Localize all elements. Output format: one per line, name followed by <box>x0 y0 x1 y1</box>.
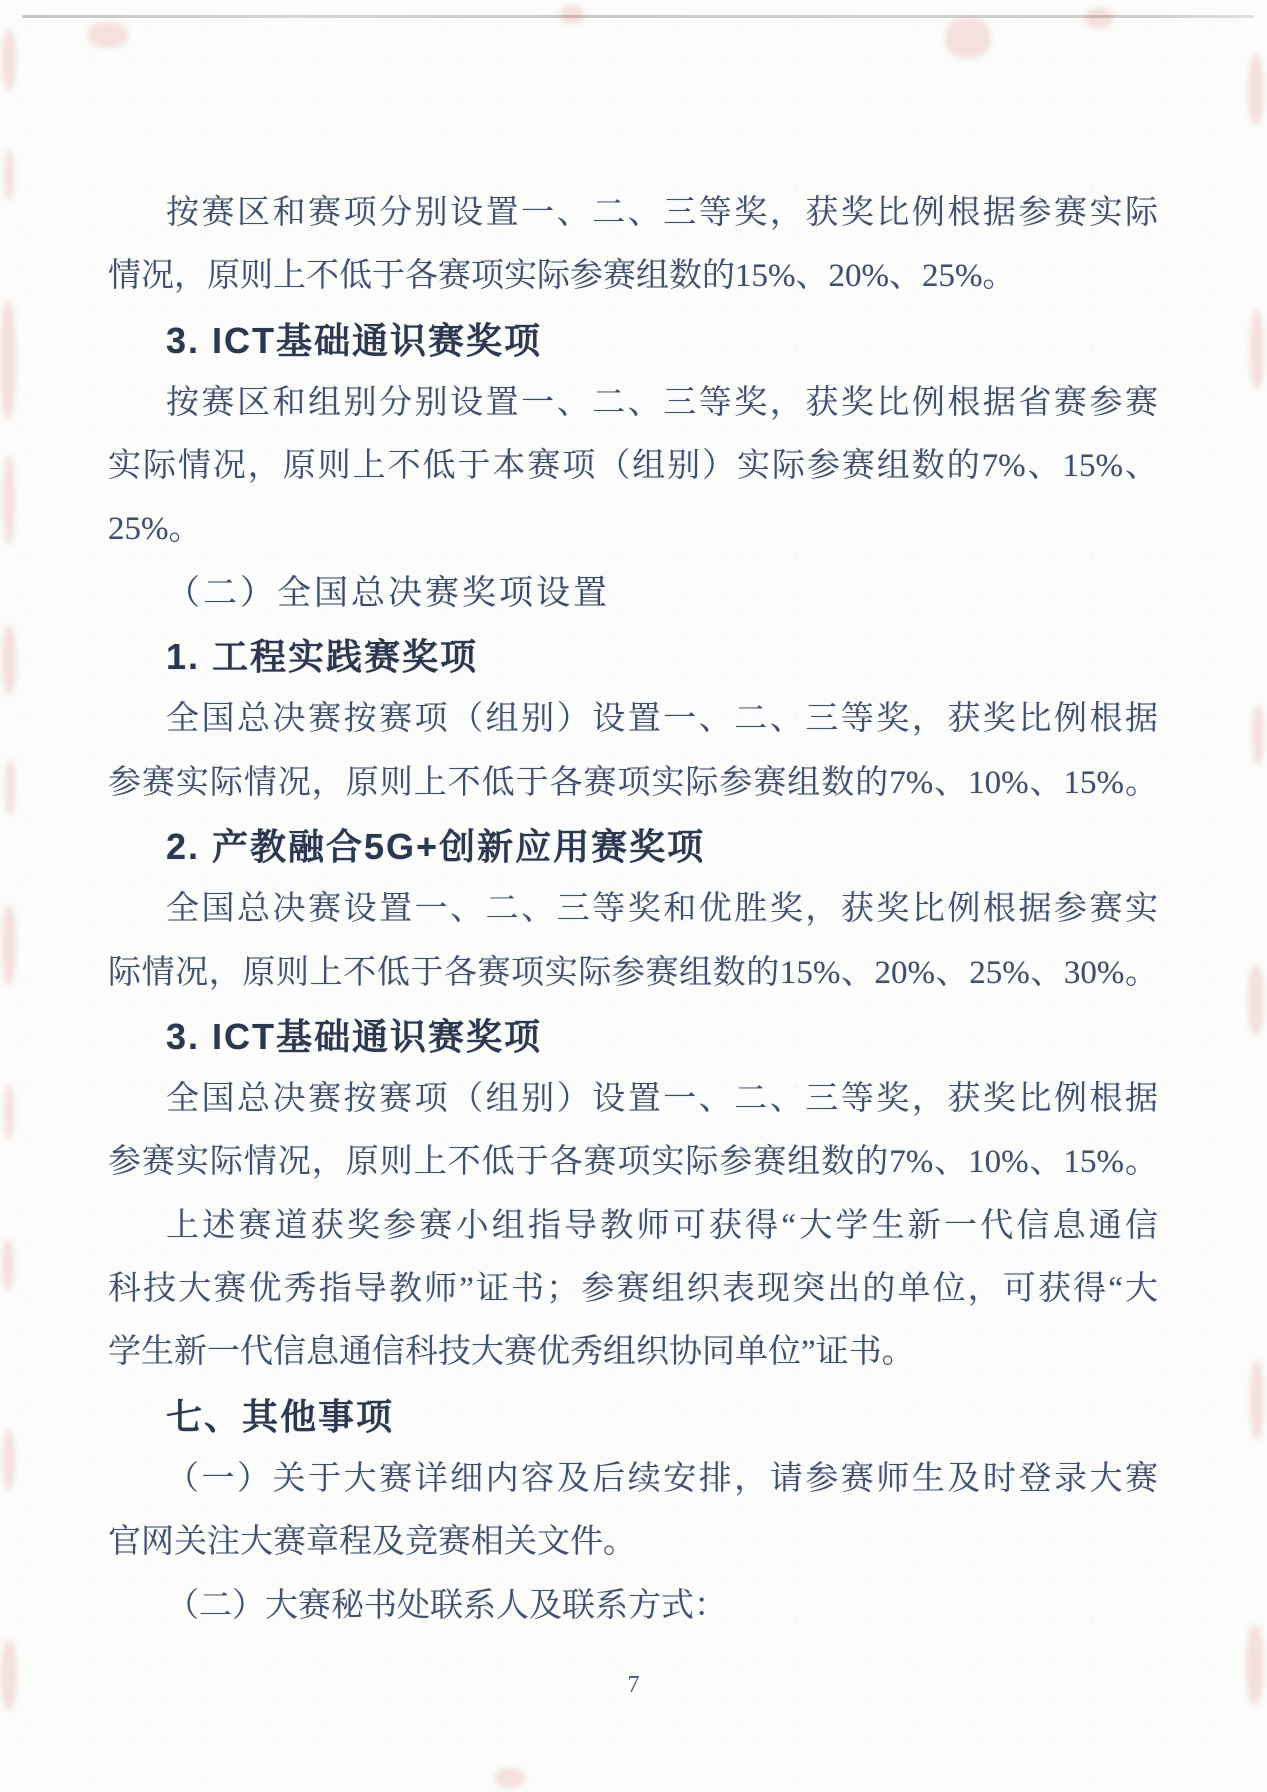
document-line: 2. 产教融合5G+创新应用赛奖项 <box>108 815 1158 878</box>
document-line: （一）关于大赛详细内容及后续安排，请参赛师生及时登录大赛 <box>108 1448 1158 1511</box>
document-line: 七、其他事项 <box>108 1385 1158 1448</box>
document-line: 情况，原则上不低于各赛项实际参赛组数的15%、20%、25%。 <box>108 245 1158 308</box>
document-body: 按赛区和赛项分别设置一、二、三等奖，获奖比例根据参赛实际情况，原则上不低于各赛项… <box>108 182 1158 1638</box>
document-line: （二）大赛秘书处联系人及联系方式： <box>108 1575 1158 1638</box>
document-line: 参赛实际情况，原则上不低于各赛项实际参赛组数的7%、10%、15%。 <box>108 1131 1158 1194</box>
document-line: 际情况，原则上不低于各赛项实际参赛组数的15%、20%、25%、30%。 <box>108 942 1158 1005</box>
scan-artifact <box>0 300 16 420</box>
document-line: 官网关注大赛章程及竞赛相关文件。 <box>108 1511 1158 1574</box>
scan-artifact <box>2 625 16 695</box>
scan-artifact <box>1252 705 1264 765</box>
scan-artifact <box>88 22 128 48</box>
document-line: 25%。 <box>108 498 1158 561</box>
document-line: 1. 工程实践赛奖项 <box>108 625 1158 688</box>
scan-artifact <box>1250 310 1264 390</box>
scan-artifact <box>4 1085 14 1140</box>
scan-artifact <box>2 1240 14 1290</box>
scan-artifact <box>1085 8 1113 28</box>
document-line: 上述赛道获奖参赛小组指导教师可获得“大学生新一代信息通信 <box>108 1195 1158 1258</box>
scan-artifact <box>3 455 15 545</box>
document-line: （二）全国总决赛奖项设置 <box>108 562 1158 625</box>
scan-artifact <box>1248 965 1264 1035</box>
document-line: 全国总决赛按赛项（组别）设置一、二、三等奖，获奖比例根据 <box>108 1068 1158 1131</box>
page-number: 7 <box>0 1672 1267 1699</box>
document-line: 按赛区和赛项分别设置一、二、三等奖，获奖比例根据参赛实际 <box>108 182 1158 245</box>
document-line: 全国总决赛设置一、二、三等奖和优胜奖，获奖比例根据参赛实 <box>108 878 1158 941</box>
document-page: 按赛区和赛项分别设置一、二、三等奖，获奖比例根据参赛实际情况，原则上不低于各赛项… <box>0 0 1267 1792</box>
scan-artifact <box>495 1768 525 1788</box>
scan-artifact <box>4 150 14 200</box>
document-line: 按赛区和组别分别设置一、二、三等奖，获奖比例根据省赛参赛 <box>108 372 1158 435</box>
document-line: 科技大赛优秀指导教师”证书；参赛组织表现突出的单位，可获得“大 <box>108 1258 1158 1321</box>
document-line: 3. ICT基础通识赛奖项 <box>108 1005 1158 1068</box>
scan-artifact <box>1248 55 1264 125</box>
document-line: 学生新一代信息通信科技大赛优秀组织协同单位”证书。 <box>108 1321 1158 1384</box>
scan-artifact <box>945 18 991 58</box>
document-line: 参赛实际情况，原则上不低于各赛项实际参赛组数的7%、10%、15%。 <box>108 752 1158 815</box>
document-line: 3. ICT基础通识赛奖项 <box>108 309 1158 372</box>
scan-edge-line <box>22 15 1254 18</box>
scan-artifact <box>560 6 584 24</box>
scan-artifact <box>3 1430 15 1490</box>
scan-artifact <box>5 760 15 815</box>
document-line: 全国总决赛按赛项（组别）设置一、二、三等奖，获奖比例根据 <box>108 688 1158 751</box>
scan-artifact <box>2 905 16 985</box>
scan-artifact <box>1250 1360 1264 1440</box>
document-line: 实际情况，原则上不低于本赛项（组别）实际参赛组数的7%、15%、 <box>108 435 1158 498</box>
scan-artifact <box>2 30 16 90</box>
